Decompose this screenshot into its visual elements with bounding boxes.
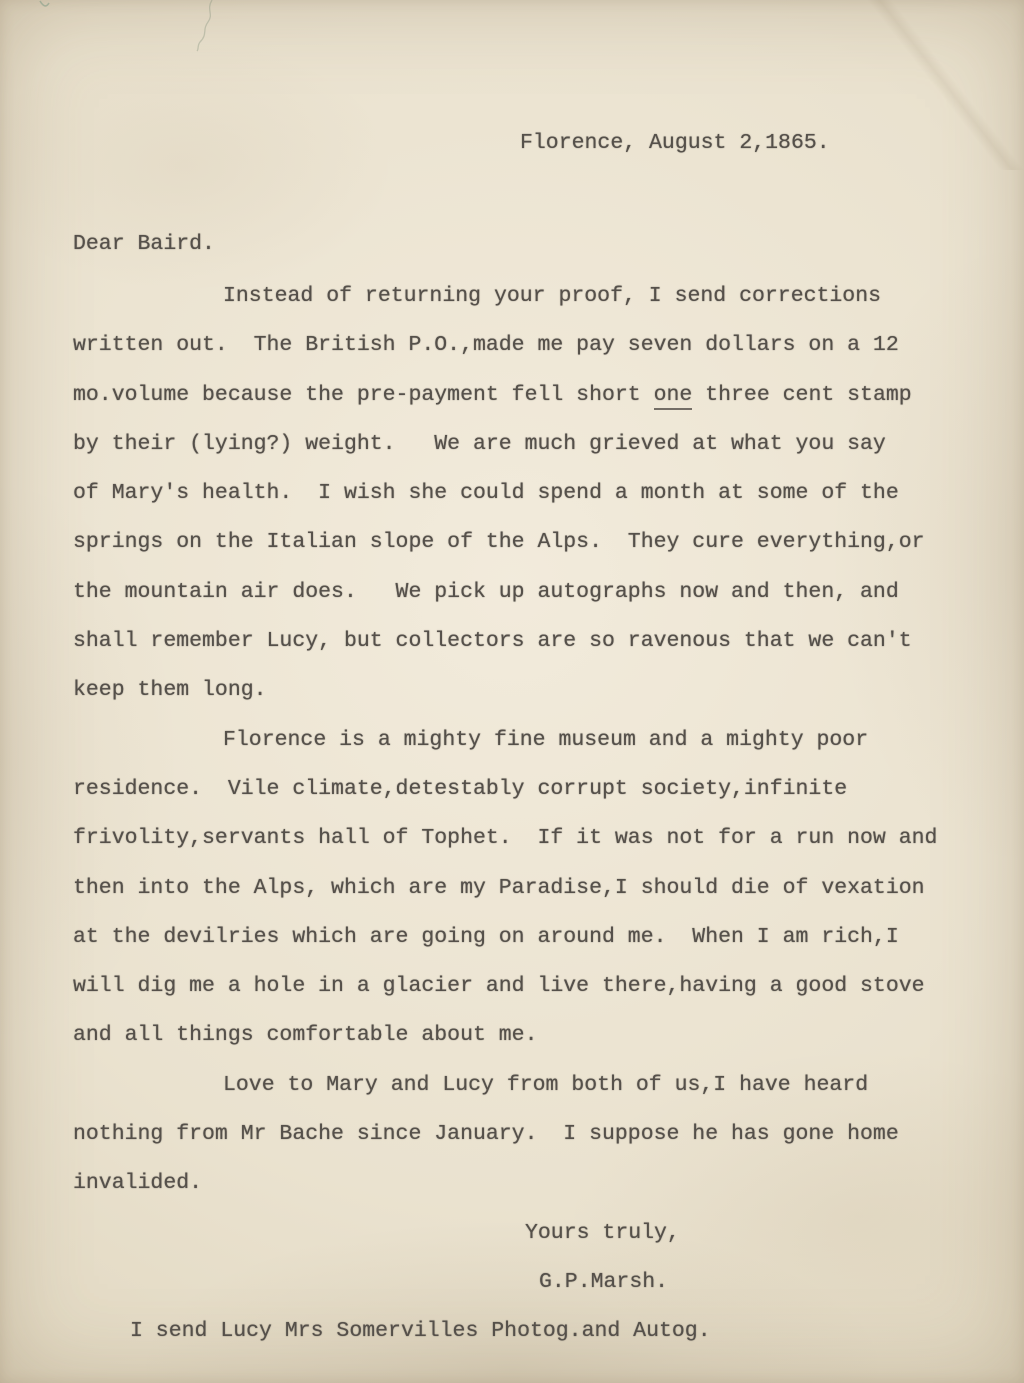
closing: Yours truly, [525, 1209, 1003, 1258]
letter-line-text: Love to Mary and Lucy from both of us,I … [223, 1073, 868, 1097]
letter-line: invalided. [73, 1159, 1003, 1208]
letter-line: Florence is a mighty fine museum and a m… [73, 716, 1003, 765]
letter-line: written out. The British P.O.,made me pa… [73, 321, 1003, 370]
letter-line-text: frivolity,servants hall of Tophet. If it… [73, 826, 937, 850]
letter-line: mo.volume because the pre-payment fell s… [73, 371, 1003, 420]
letter-line: residence. Vile climate,detestably corru… [73, 765, 1003, 814]
letter-line-text: Instead of returning your proof, I send … [223, 284, 881, 308]
postscript: I send Lucy Mrs Somervilles Photog.and A… [130, 1307, 1003, 1356]
letter-line: springs on the Italian slope of the Alps… [73, 518, 1003, 567]
letter-line-text: the mountain air does. We pick up autogr… [73, 580, 899, 604]
letter-line-text: nothing from Mr Bache since January. I s… [73, 1122, 899, 1146]
letter-line: by their (lying?) weight. We are much gr… [73, 420, 1003, 469]
letter-line: the mountain air does. We pick up autogr… [73, 568, 1003, 617]
letter-page: Florence, August 2,1865. Dear Baird. Ins… [0, 0, 1024, 1383]
letter-line: and all things comfortable about me. [73, 1011, 1003, 1060]
letter-line: keep them long. [73, 666, 1003, 715]
letter-line-text: will dig me a hole in a glacier and live… [73, 974, 925, 998]
letter-line-text: at the devilries which are going on arou… [73, 925, 899, 949]
paper-crease [804, 0, 1024, 170]
body-lines: Instead of returning your proof, I send … [73, 272, 1003, 1209]
signature: G.P.Marsh. [539, 1258, 1003, 1307]
letter-line: Instead of returning your proof, I send … [73, 272, 1003, 321]
letter-line-text: by their (lying?) weight. We are much gr… [73, 432, 886, 456]
letter-line-text: and all things comfortable about me. [73, 1023, 537, 1047]
pencil-mark [36, 0, 56, 16]
letter-line-text: of Mary's health. I wish she could spend… [73, 481, 899, 505]
letter-line: then into the Alps, which are my Paradis… [73, 864, 1003, 913]
letter-line-text: keep them long. [73, 678, 267, 702]
letter-line-text: then into the Alps, which are my Paradis… [73, 876, 925, 900]
letter-line-text: three cent stamp [692, 383, 911, 407]
letter-line-text: springs on the Italian slope of the Alps… [73, 530, 925, 554]
letter-line-text: Florence is a mighty fine museum and a m… [223, 728, 868, 752]
letter-line-text: invalided. [73, 1171, 202, 1195]
letter-line-text: shall remember Lucy, but collectors are … [73, 629, 912, 653]
letter-line-text: mo.volume because the pre-payment fell s… [73, 383, 654, 407]
pencil-mark [186, 0, 222, 52]
letter-line: of Mary's health. I wish she could spend… [73, 469, 1003, 518]
letter-line: nothing from Mr Bache since January. I s… [73, 1110, 1003, 1159]
letter-line-text: residence. Vile climate,detestably corru… [73, 777, 847, 801]
letter-line: frivolity,servants hall of Tophet. If it… [73, 814, 1003, 863]
letter-line-text: written out. The British P.O.,made me pa… [73, 333, 899, 357]
letter-line: at the devilries which are going on arou… [73, 913, 1003, 962]
dateline: Florence, August 2,1865. [520, 131, 830, 155]
salutation: Dear Baird. [73, 232, 215, 256]
letter-line: will dig me a hole in a glacier and live… [73, 962, 1003, 1011]
underlined-word: one [654, 383, 693, 410]
letter-line: Love to Mary and Lucy from both of us,I … [73, 1061, 1003, 1110]
letter-line: shall remember Lucy, but collectors are … [73, 617, 1003, 666]
letter-body: Instead of returning your proof, I send … [73, 272, 1003, 1357]
